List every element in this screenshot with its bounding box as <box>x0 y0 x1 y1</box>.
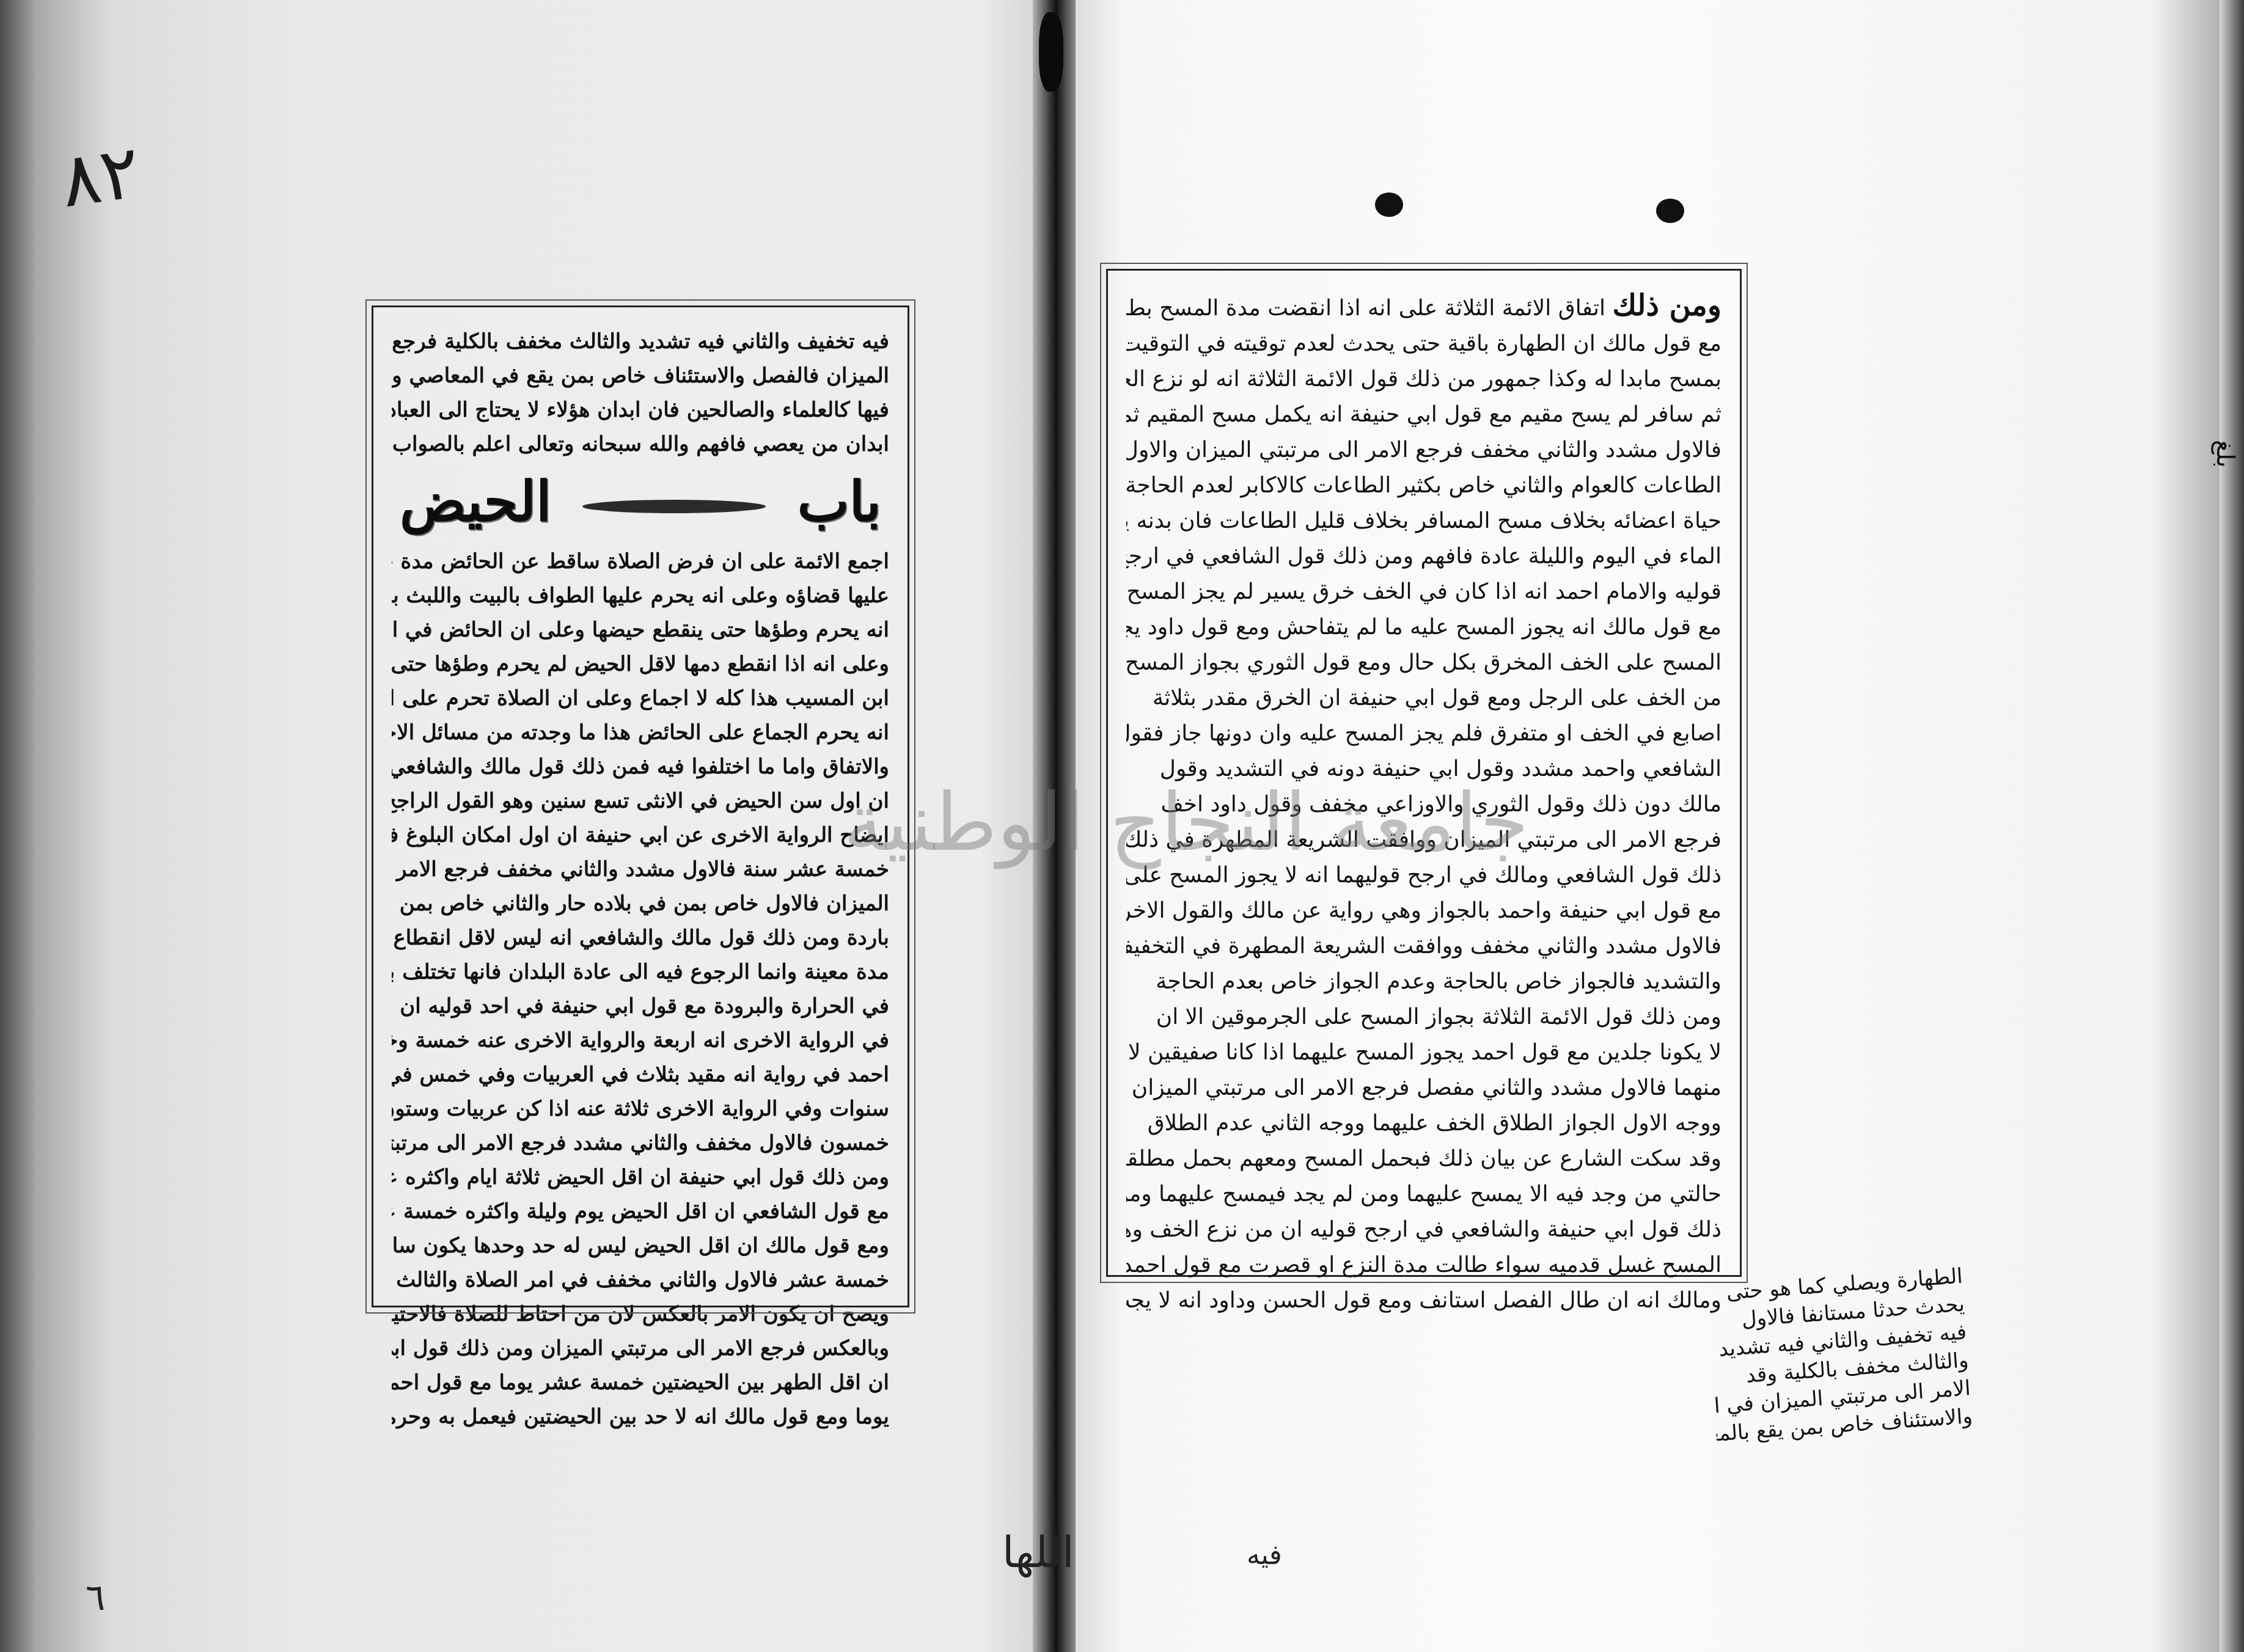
text-line: باردة ومن ذلك قول مالك والشافعي انه ليس … <box>392 921 889 955</box>
text-line: ومن ذلك قول ابي حنيفة ان اقل الحيض ثلاثة… <box>392 1160 889 1194</box>
text-line: يوما ومع قول مالك انه لا حد بين الحيضتين… <box>392 1400 889 1434</box>
text-line: ابدان من يعصي فافهم والله سبحانه وتعالى … <box>392 427 889 461</box>
text-line: من الخف على الرجل ومع قول ابي حنيفة ان ا… <box>1126 681 1722 716</box>
text-line: الميزان فالاول خاص بمن في بلاده حار والث… <box>392 886 889 921</box>
text-line: ان اقل الطهر بين الحيضتين خمسة عشر يوما … <box>392 1365 889 1400</box>
marginal-annotation: الطهارة ويصلي كما هو حتى يحدث حدثا مستان… <box>1706 1262 1973 1449</box>
text-line: والاتفاق واما ما اختلفوا فيه فمن ذلك قول… <box>392 750 889 784</box>
text-line: حياة اعضائه بخلاف مسح المسافر بخلاف قليل… <box>1126 503 1722 539</box>
text-line: مع قول ابي حنيفة واحمد بالجواز وهي رواية… <box>1126 893 1722 929</box>
text-line: وعلى انه اذا انقطع دمها لاقل الحيض لم يح… <box>392 647 889 681</box>
text-line: انه يحرم الجماع على الحائض هذا ما وجدته … <box>392 715 889 750</box>
text-line: مع قول مالك انه يجوز المسح عليه ما لم يت… <box>1126 610 1722 645</box>
text-line: فيها كالعلماء والصالحين فان ابدان هؤلاء … <box>392 393 889 427</box>
text-line: الميزان فالفصل والاستئناف خاص بمن يقع في… <box>392 359 889 393</box>
text-line: في الحرارة والبرودة مع قول ابي حنيفة في … <box>392 989 889 1023</box>
chapter-heading-word: الحيض <box>400 469 551 534</box>
text-line: خمسة عشر سنة فالاول مشدد والثاني مخفف فر… <box>392 852 889 886</box>
catchword: فيه <box>1247 1540 1282 1571</box>
library-watermark: جامعة النجاح الوطنية <box>843 776 1529 869</box>
text-line: ومع قول مالك ان اقل الحيض ليس له حد وحده… <box>392 1229 889 1263</box>
corner-mark: ٦ <box>86 1576 105 1619</box>
text-line-content: اتفاق الائمة الثلاثة على انه اذا انقضت م… <box>1126 296 1605 321</box>
ink-dot <box>1375 192 1403 217</box>
text-line: مدة معينة وانما الرجوع فيه الى عادة البل… <box>392 955 889 989</box>
text-line: وقد سكت الشارع عن بيان ذلك فبحمل المسح و… <box>1126 1141 1722 1177</box>
left-text-block: فيه تخفيف والثاني فيه تشديد والثالث مخفف… <box>372 305 909 1307</box>
text-line: اصابع في الخف او متفرق فلم يجز المسح علي… <box>1126 716 1722 751</box>
text-line: ووجه الاول الجواز الطلاق الخف عليهما ووج… <box>1126 1106 1722 1141</box>
text-line: ويصح ان يكون الامر بالعكس لان من احتاط ل… <box>392 1297 889 1331</box>
text-line: فالاول مشدد والثاني مخفف ووافقت الشريعة … <box>1126 929 1722 964</box>
text-line: ومن ذلك اتفاق الائمة الثلاثة على انه اذا… <box>1126 288 1722 326</box>
rubric-opening: ومن ذلك <box>1612 288 1722 323</box>
text-line: وبالعكس فرجع الامر الى مرتبتي الميزان وم… <box>392 1331 889 1365</box>
text-line: ابن المسيب هذا كله لا اجماع وعلى ان الصل… <box>392 681 889 715</box>
text-line: بمسح مابدا له وكذا جمهور من ذلك قول الائ… <box>1126 362 1722 397</box>
text-line: ان اول سن الحيض في الانثى تسع سنين وهو ا… <box>392 784 889 818</box>
right-text-block: ومن ذلك اتفاق الائمة الثلاثة على انه اذا… <box>1106 269 1742 1277</box>
text-line: في الرواية الاخرى انه اربعة والرواية الا… <box>392 1023 889 1058</box>
text-line: الطاعات كالعوام والثاني خاص بكثير الطاعا… <box>1126 468 1722 503</box>
catchword: اللها <box>1002 1527 1074 1577</box>
text-line: ذلك قول ابي حنيفة والشافعي في ارجح قوليه… <box>1126 1212 1722 1248</box>
text-line: فيه تخفيف والثاني فيه تشديد والثالث مخفف… <box>392 324 889 359</box>
text-line: منهما فالاول مشدد والثاني مفصل فرجع الام… <box>1126 1070 1722 1106</box>
text-line: عليها قضاؤه وعلى انه يحرم عليها الطواف ب… <box>392 579 889 613</box>
text-line: المسح غسل قدميه سواء طالت مدة النزع او ق… <box>1126 1248 1722 1283</box>
chapter-heading-word: باب <box>798 469 881 534</box>
text-line: فالاول مشدد والثاني مخفف فرجع الامر الى … <box>1126 433 1722 468</box>
ink-blot <box>1039 12 1063 92</box>
text-line: لا يكونا جلدين مع قول احمد يجوز المسح عل… <box>1126 1035 1722 1070</box>
text-line: اجمع الائمة على ان فرض الصلاة ساقط عن ال… <box>392 544 889 579</box>
text-line: حالتي من وجد فيه الا يمسح عليهما ومن لم … <box>1126 1177 1722 1212</box>
heading-flourish <box>582 500 766 513</box>
chapter-heading: باب الحيض <box>392 465 889 538</box>
text-line: الماء في اليوم والليلة عادة فافهم ومن ذل… <box>1126 539 1722 574</box>
text-line: قوليه والامام احمد انه اذا كان في الخف خ… <box>1126 574 1722 610</box>
text-line: ومن ذلك قول الائمة الثلاثة بجواز المسح ع… <box>1126 1000 1722 1035</box>
text-line: سنوات وفي الرواية الاخرى ثلاثة عنه اذا ك… <box>392 1092 889 1126</box>
folio-number: ٨٢ <box>56 130 145 225</box>
text-line: خمسون فالاول مخفف والثاني مشدد فرجع الام… <box>392 1126 889 1160</box>
edge-mark: بلغ <box>2211 440 2239 468</box>
manuscript-spread: ٨٢ فيه تخفيف والثاني فيه تشديد والثالث م… <box>0 0 2244 1652</box>
text-line: احمد في رواية انه مقيد بثلاث في العربيات… <box>392 1058 889 1092</box>
text-line: ومالك انه ان طال الفصل استانف ومع قول ال… <box>1126 1283 1722 1318</box>
text-line: مع قول مالك ان الطهارة باقية حتى يحدث لع… <box>1126 326 1722 362</box>
text-line: المسح على الخف المخرق بكل حال ومع قول ال… <box>1126 645 1722 681</box>
ink-dot <box>1656 199 1684 223</box>
text-line: خمسة عشر فالاول والثاني مخفف في امر الصل… <box>392 1263 889 1297</box>
page-edge-shadow <box>2220 0 2244 1652</box>
text-line: ثم سافر لم يسح مقيم مع قول ابي حنيفة انه… <box>1126 397 1722 433</box>
text-line: والتشديد فالجواز خاص بالحاجة وعدم الجواز… <box>1126 964 1722 1000</box>
text-line: انه يحرم وطؤها حتى ينقطع حيضها وعلى ان ا… <box>392 613 889 647</box>
text-line: ايضاح الرواية الاخرى عن ابي حنيفة ان اول… <box>392 818 889 852</box>
text-line: مع قول الشافعي ان اقل الحيض يوم وليلة وا… <box>392 1194 889 1229</box>
